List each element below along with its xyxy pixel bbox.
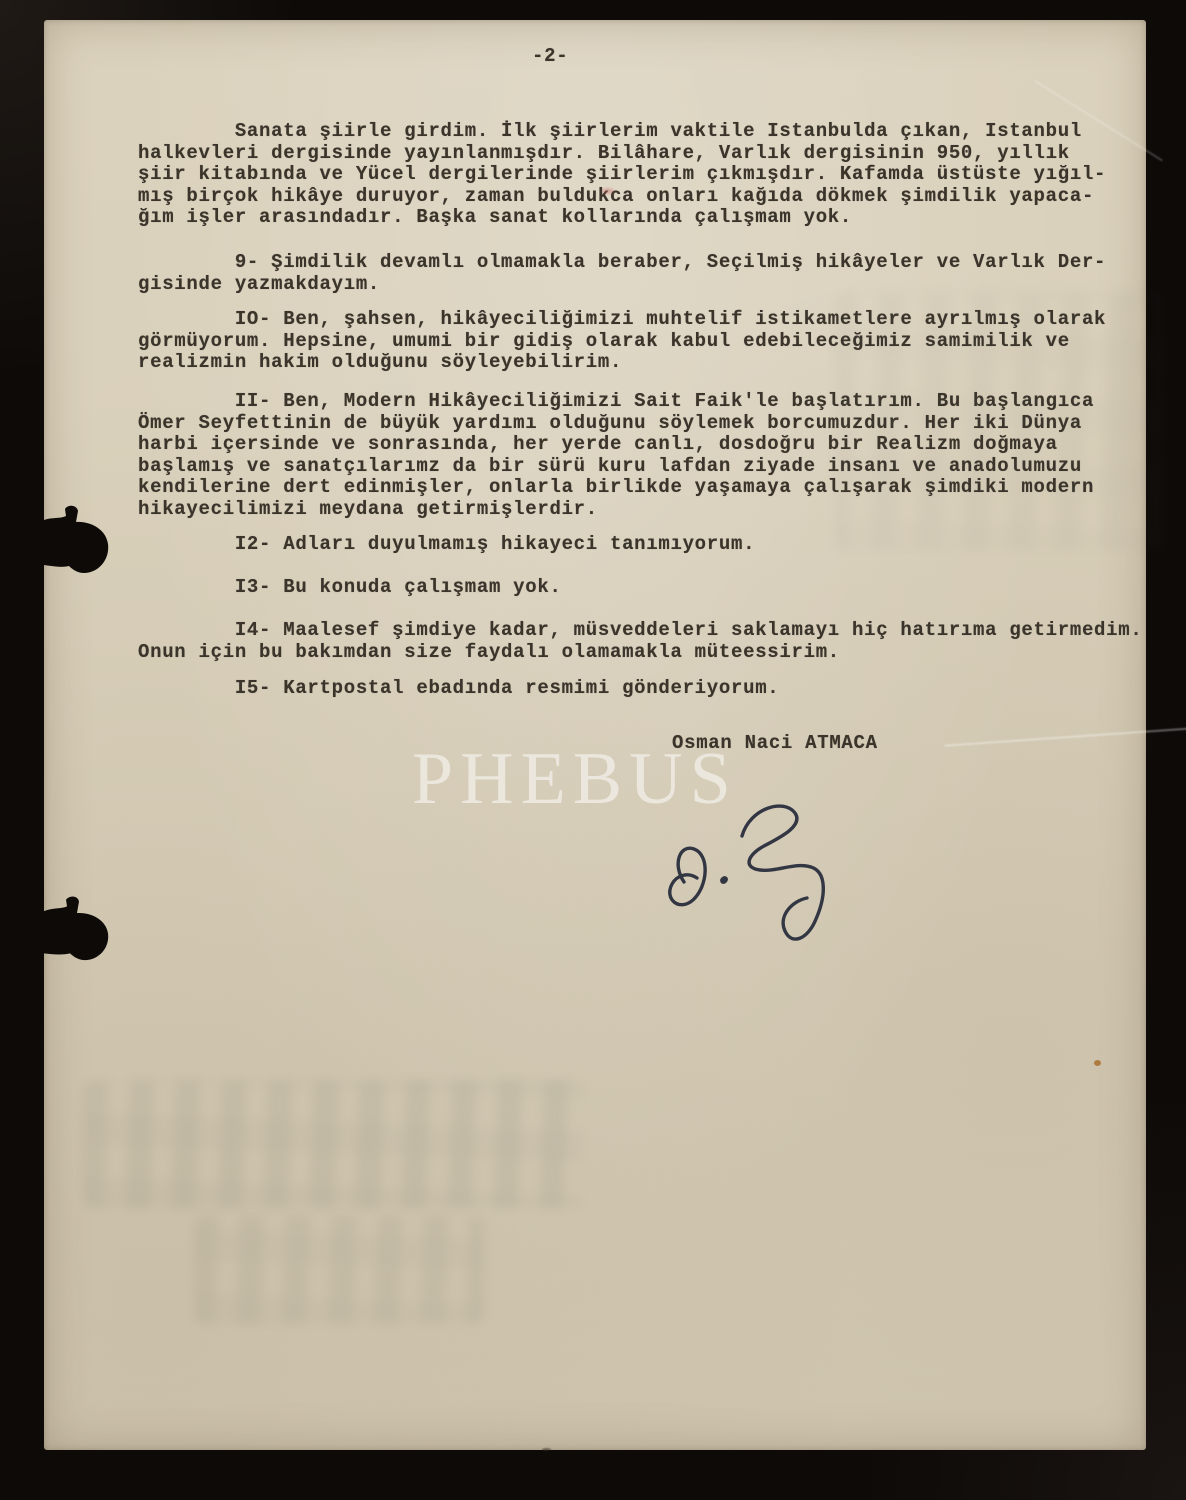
paragraph-12: I2- Adları duyulmamış hikayeci tanımıyor…: [138, 534, 755, 556]
paper-crease: [944, 727, 1186, 746]
punch-hole-bottom: [44, 890, 124, 986]
verso-showthrough-block: [194, 1216, 484, 1324]
page-number: -2-: [532, 46, 568, 68]
red-smudge: [602, 188, 614, 194]
letter-page: -2- Sanata şiirle girdim. İlk şiirlerim …: [44, 20, 1146, 1450]
paragraph-14: I4- Maalesef şimdiye kadar, müsveddeleri…: [138, 620, 1142, 663]
verso-showthrough-block: [84, 1080, 584, 1208]
paragraph-15: I5- Kartpostal ebadında resmimi gönderiy…: [138, 678, 779, 700]
paragraph-intro: Sanata şiirle girdim. İlk şiirlerim vakt…: [138, 121, 1106, 229]
punch-hole-top: [44, 502, 124, 602]
dark-speck: [542, 1448, 551, 1451]
paragraph-13: I3- Bu konuda çalışmam yok.: [138, 577, 562, 599]
rust-stain: [1094, 1060, 1101, 1066]
verso-showthrough-block: [834, 292, 1164, 550]
handwritten-signature: [626, 778, 866, 976]
paragraph-9: 9- Şimdilik devamlı olmamakla beraber, S…: [138, 252, 1106, 295]
